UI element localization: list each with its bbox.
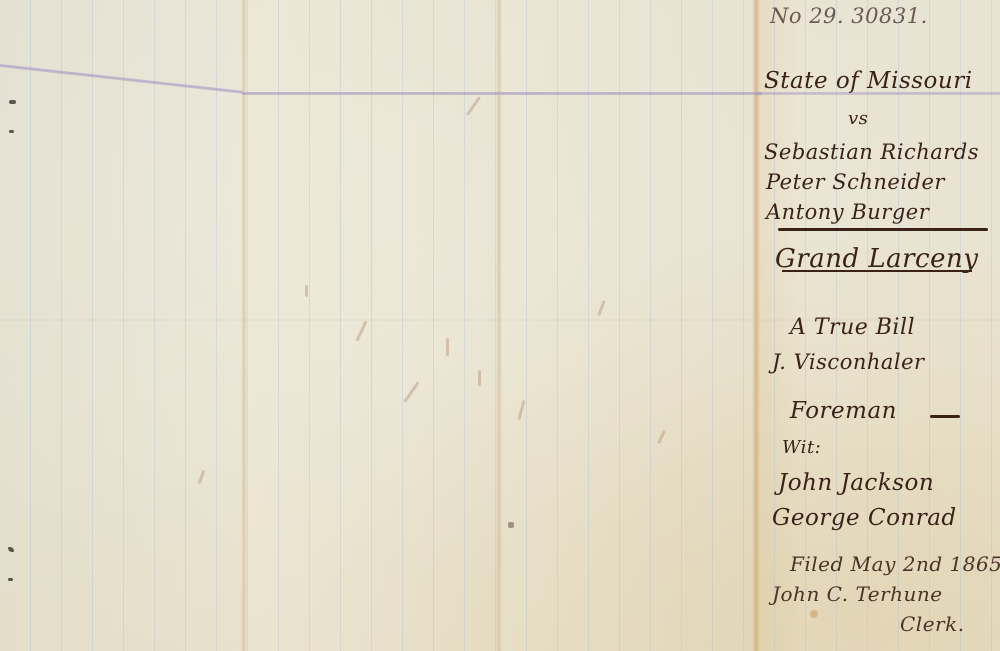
ink-blot (508, 522, 514, 528)
ink-underline (782, 270, 972, 272)
paper-stain (810, 610, 818, 618)
margin-rule (242, 92, 762, 95)
defendant: Antony Burger (766, 200, 929, 224)
finding: A True Bill (790, 315, 915, 340)
ink-dash (930, 415, 960, 418)
filed-date: Filed May 2nd 1865 (790, 552, 1000, 576)
ink-underline (778, 228, 988, 231)
fold-crease (752, 0, 760, 651)
versus: vs (848, 108, 868, 129)
defendant: Sebastian Richards (764, 140, 979, 164)
ink-bleed-through (478, 370, 481, 386)
ink-bleed-through (446, 338, 449, 356)
witness: George Conrad (772, 505, 957, 531)
binding-hole (8, 578, 13, 581)
docket-number: No 29. 30831. (770, 4, 928, 28)
foreman-title: Foreman (790, 398, 897, 424)
plaintiff: State of Missouri (764, 68, 973, 94)
binding-hole (9, 130, 14, 133)
witnesses-label: Wit: (782, 437, 821, 458)
clerk-name: John C. Terhune (772, 582, 943, 606)
document-scan: No 29. 30831. State of Missouri vs Sebas… (0, 0, 1000, 651)
binding-hole (8, 547, 14, 552)
witness: John Jackson (778, 470, 934, 496)
clerk-title: Clerk. (900, 612, 965, 636)
ink-bleed-through (305, 285, 308, 297)
defendant: Peter Schneider (766, 170, 945, 194)
fold-crease (241, 0, 247, 651)
foreman-name: J. Visconhaler (772, 350, 925, 374)
binding-hole (9, 100, 16, 104)
fold-crease (496, 0, 502, 651)
